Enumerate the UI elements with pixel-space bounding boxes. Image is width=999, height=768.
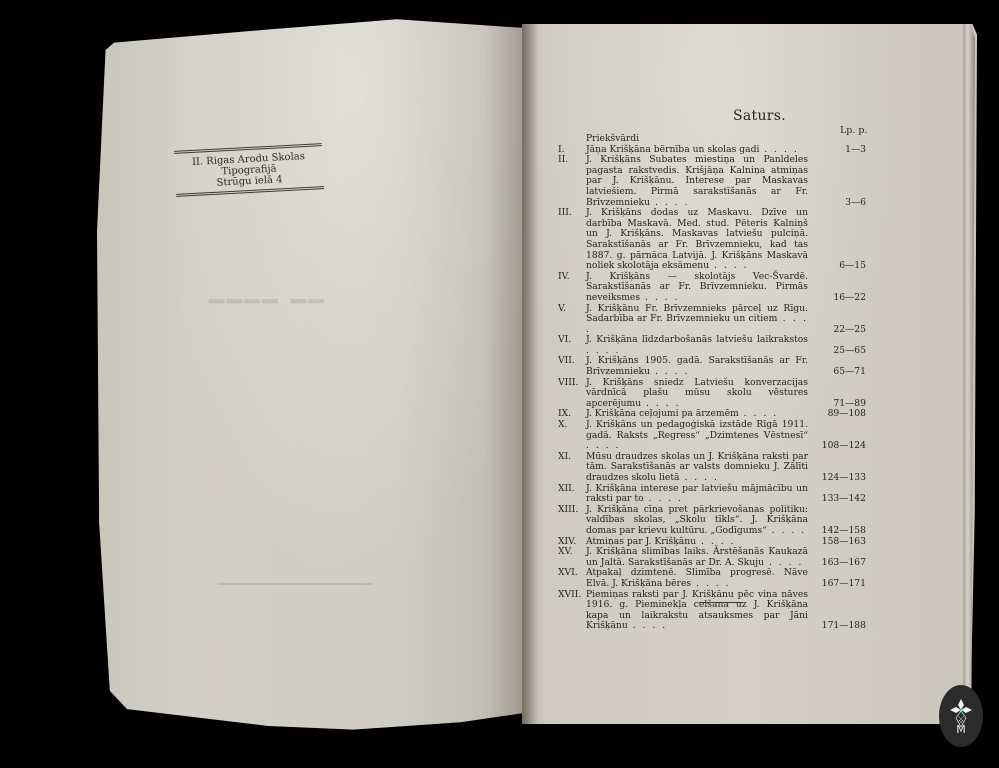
toc-entry-title: J. Krišķāns dodas uz Maskavu. Dzīve un d… xyxy=(586,208,808,272)
toc-entry-pages: 3—6 xyxy=(808,198,866,209)
printer-imprint: II. Rigas Arodu Skolas Tipografijā Strūg… xyxy=(174,143,324,197)
toc-entry-pages: 65—71 xyxy=(808,367,866,378)
toc-entry-number: X. xyxy=(558,420,586,431)
toc-entry-pages: 25—65 xyxy=(808,346,866,357)
toc-entry-title: J. Krišķāna cīņa pret pārkrievošanas pol… xyxy=(586,505,808,537)
toc-entry-number: VII. xyxy=(558,356,586,367)
toc-entry-number: XII. xyxy=(558,484,586,495)
toc-entry-number: XVI. xyxy=(558,568,586,579)
toc-entry-title: J. Krišķāns — skolotājs Vec-Švardē. Sara… xyxy=(586,272,808,304)
toc-entry-title: J. Krišķāns Subates miestiņa un Panldele… xyxy=(586,155,808,208)
toc-entry-pages: 133—142 xyxy=(808,494,866,505)
leader-dots: . . . . xyxy=(650,197,689,208)
leader-dots: . . . . xyxy=(739,408,778,419)
toc-entry-pages: 142—158 xyxy=(808,526,866,537)
toc-entry: VIII.J. Krišķāns sniedz Latviešu konverz… xyxy=(558,378,878,410)
leader-dots: . . . . xyxy=(586,440,620,451)
leader-dots: . . . . xyxy=(696,536,735,547)
toc-entry-number: VI. xyxy=(558,335,586,346)
toc-entry-title: J. Krišķāna interese par latviešu mājmāc… xyxy=(586,484,808,505)
toc-entry-title: J. Krišķānu Fr. Brīvzemnieks pārceļ uz R… xyxy=(586,304,808,336)
toc-entry: V.J. Krišķānu Fr. Brīvzemnieks pārceļ uz… xyxy=(558,304,878,336)
toc-entry-number: VIII. xyxy=(558,378,586,389)
toc-entry-pages: 167—171 xyxy=(808,579,866,590)
end-rule-divider xyxy=(699,602,743,603)
toc-entry: XVII.Piemiņas raksti par J. Krišķānu pēc… xyxy=(558,590,878,632)
toc-entry: XIII.J. Krišķāna cīņa pret pārkrievošana… xyxy=(558,505,878,537)
toc-entry-pages: 89—108 xyxy=(808,409,866,420)
toc-entry: XI.Mūsu draudzes skolas un J. Krišķāna r… xyxy=(558,452,878,484)
toc-entries: I.Jāņa Krišķāna bērnība un skolas gadi .… xyxy=(558,145,878,632)
table-of-contents: Priekšvārdi I.Jāņa Krišķāna bērnība un s… xyxy=(558,134,878,632)
toc-entry-title: J. Krišķāns un pedagoģiskā izstāde Rīgā … xyxy=(586,420,808,452)
leader-dots: . . . . xyxy=(644,493,683,504)
toc-entry: II.J. Krišķāns Subates miestiņa un Panld… xyxy=(558,155,878,208)
logo-letter: M xyxy=(956,725,966,735)
toc-entry: III.J. Krišķāns dodas uz Maskavu. Dzīve … xyxy=(558,208,878,272)
leader-dots: . . . . xyxy=(764,557,803,568)
toc-entry: XVI.Atpakaļ dzimtenē. Slimība progresē. … xyxy=(558,568,878,589)
leader-dots: . . . . xyxy=(709,260,748,271)
toc-entry-pages: 158—163 xyxy=(808,537,866,548)
left-page: II. Rigas Arodu Skolas Tipografijā Strūg… xyxy=(97,12,525,742)
toc-entry-title: J. Krišķāns 1905. gadā. Sarakstīšanās ar… xyxy=(586,356,808,377)
toc-entry-title: J. Krišķāna slimības laiks. Ārstēšanās K… xyxy=(586,547,808,568)
toc-entry-title: Atpakaļ dzimtenē. Slimība progresē. Nāve… xyxy=(586,568,808,589)
toc-entry-number: III. xyxy=(558,208,586,219)
page-title: Saturs. xyxy=(522,108,977,124)
leader-dots: . . . . xyxy=(640,292,679,303)
toc-entry-pages: 22—25 xyxy=(808,325,866,336)
toc-entry-title: J. Krišķāna līdzdarbošanās latviešu laik… xyxy=(586,335,808,356)
toc-entry-title: J. Krišķāns sniedz Latviešu konverzacija… xyxy=(586,378,808,410)
leader-dots: . . . . xyxy=(628,620,667,631)
toc-entry-pages: 108—124 xyxy=(808,441,866,452)
toc-entry-pages: 6—15 xyxy=(808,261,866,272)
toc-entry: VII.J. Krišķāns 1905. gadā. Sarakstīšanā… xyxy=(558,356,878,377)
show-through-text: ━━━━━━━━━━━━━━━━━━━ xyxy=(217,577,373,591)
toc-entry-pages: 1—3 xyxy=(808,145,866,156)
leader-dots: . . . . xyxy=(650,366,689,377)
toc-entry: X.J. Krišķāns un pedagoģiskā izstāde Rīg… xyxy=(558,420,878,452)
toc-entry-number: II. xyxy=(558,155,586,166)
leader-dots: . . . . xyxy=(759,144,798,155)
toc-entry-number: XIII. xyxy=(558,505,586,516)
toc-entry-number: V. xyxy=(558,304,586,315)
show-through-text: ━━ ━━━━ xyxy=(207,287,324,317)
leader-dots: . . . . xyxy=(767,525,806,536)
toc-entry-number: IV. xyxy=(558,272,586,283)
toc-entry: XV.J. Krišķāna slimības laiks. Ārstēšanā… xyxy=(558,547,878,568)
book-photo: II. Rigas Arodu Skolas Tipografijā Strūg… xyxy=(0,0,999,768)
toc-entry-title: Piemiņas raksti par J. Krišķānu pēc viņa… xyxy=(586,590,808,632)
toc-entry: XII.J. Krišķāna interese par latviešu mā… xyxy=(558,484,878,505)
page-stack-edge xyxy=(963,24,975,714)
toc-entry-number: XI. xyxy=(558,452,586,463)
seller-logo-badge: M xyxy=(939,685,983,747)
toc-entry-title: Mūsu draudzes skolas un J. Krišķāna raks… xyxy=(586,452,808,484)
leader-dots: . . . . xyxy=(691,578,730,589)
toc-entry: IV.J. Krišķāns — skolotājs Vec-Švardē. S… xyxy=(558,272,878,304)
leader-dots: . . . . xyxy=(586,345,620,356)
leader-dots: . . . . xyxy=(641,398,680,409)
toc-entry-number: XV. xyxy=(558,547,586,558)
toc-entry-pages: 163—167 xyxy=(808,558,866,569)
toc-entry: VI.J. Krišķāna līdzdarbošanās latviešu l… xyxy=(558,335,878,356)
leader-dots: . . . . xyxy=(680,472,719,483)
toc-entry-pages: 124—133 xyxy=(808,473,866,484)
toc-entry-pages: 171—188 xyxy=(808,621,866,632)
toc-entry-number: XVII. xyxy=(558,590,586,601)
toc-entry-pages: 16—22 xyxy=(808,293,866,304)
contents-page: Saturs. Lp. p. Priekšvārdi I.Jāņa Krišķā… xyxy=(522,24,977,724)
